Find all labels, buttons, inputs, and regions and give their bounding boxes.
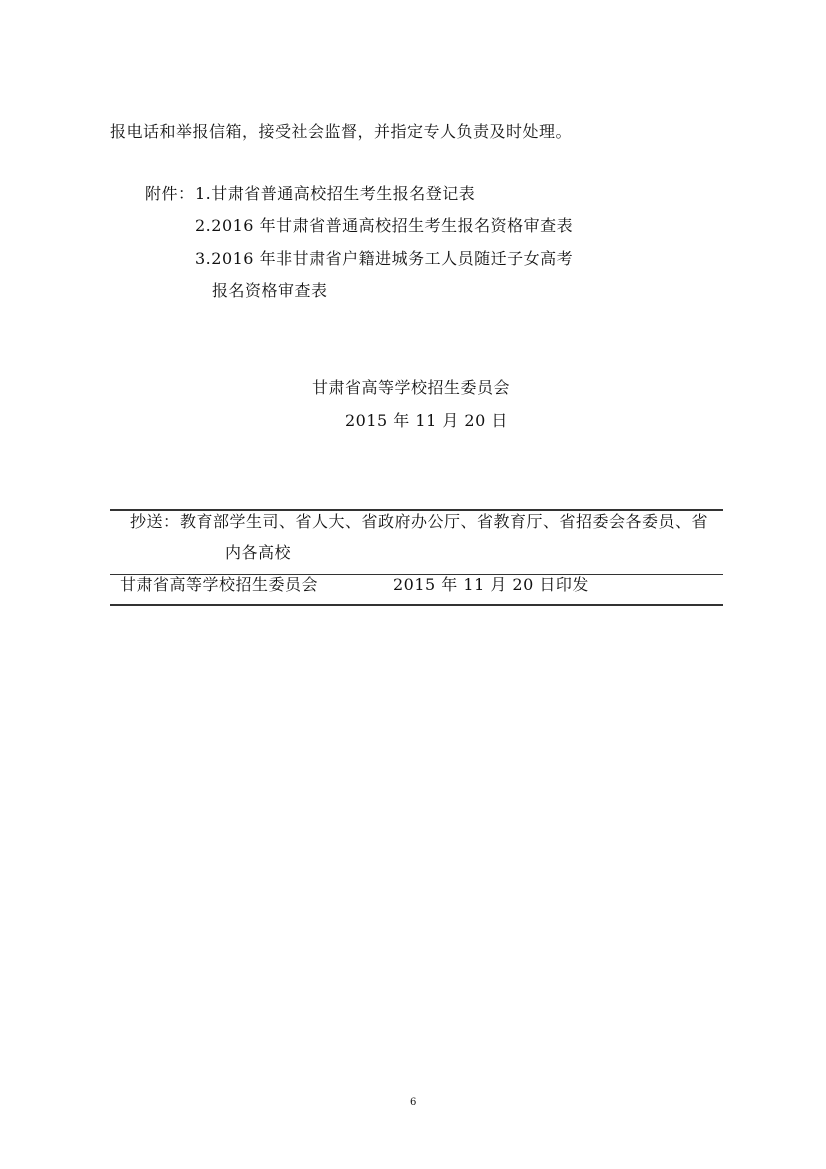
attachments-label: 附件： [145,184,195,204]
attachment-item-3-continued: 报名资格审查表 [212,281,328,301]
cc-recipients-line1: 教育部学生司、省人大、省政府办公厅、省教育厅、省招委会各委员、省 [180,512,708,532]
page-number: 6 [410,1097,416,1109]
signature-organization: 甘肃省高等学校招生委员会 [312,378,510,398]
attachment-item-3: 3.2016 年非甘肃省户籍进城务工人员随迁子女高考 [195,249,573,269]
paragraph-tail: 报电话和举报信箱，接受社会监督，并指定专人负责及时处理。 [110,122,572,142]
cc-recipients-line2: 内各高校 [225,543,291,563]
attachment-item-1: 1.甘肃省普通高校招生考生报名登记表 [195,184,475,204]
attachment-item-2: 2.2016 年甘肃省普通高校招生考生报名资格审查表 [195,216,573,236]
issuer: 甘肃省高等学校招生委员会 [120,575,318,595]
issue-date: 2015 年 11 月 20 日印发 [393,575,589,595]
signature-date: 2015 年 11 月 20 日 [345,411,508,431]
footer-bottom-rule [110,604,723,606]
footer-top-rule [110,509,723,511]
cc-label: 抄送： [130,512,180,532]
